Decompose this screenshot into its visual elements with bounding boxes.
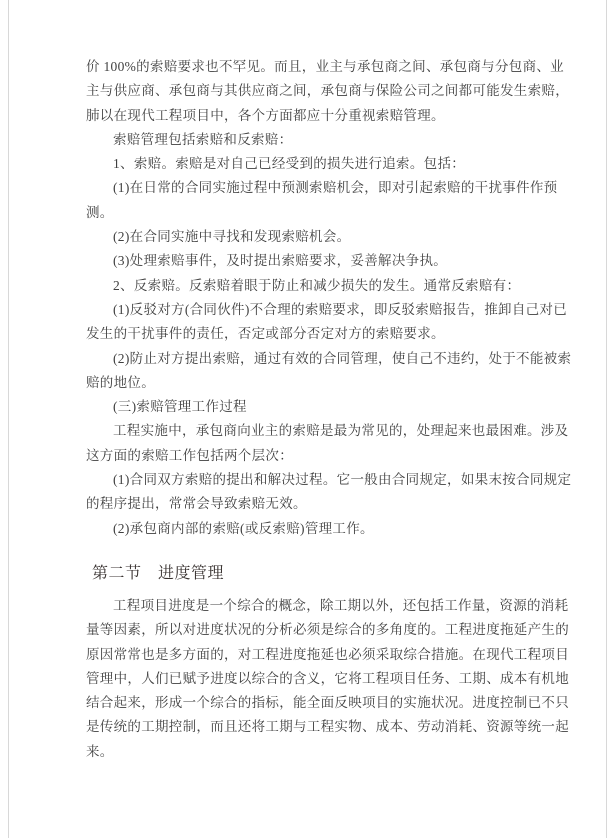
text-line: (三)索赔管理工作过程 (86, 395, 548, 419)
document-body: 价 100%的索赔要求也不罕见。而且，业主与承包商之间、承包商与分包商、业主与供… (86, 55, 548, 764)
text-line: 1、索赔。索赔是对自己已经受到的损失进行追索。包括： (86, 152, 548, 176)
text-line: 工程项目进度是一个综合的概念，除工期以外，还包括工作量，资源的消耗 (86, 594, 548, 618)
text-line: 来。 (86, 740, 548, 764)
text-line: 工程实施中，承包商向业主的索赔是最为常见的，处理起来也最困难。涉及 (86, 419, 548, 443)
text-line: 原因常常也是多方面的，对工程进度拖延也必须采取综合措施。在现代工程项目 (86, 643, 548, 667)
text-line: 量等因素，所以对进度状况的分析必须是综合的多角度的。工程进度拖延产生的 (86, 618, 548, 642)
text-line: 赔的地位。 (86, 371, 548, 395)
text-line: 管理中，人们已赋予进度以综合的含义，它将工程项目任务、工期、成本有机地 (86, 667, 548, 691)
text-line: 肺以在现代工程项目中，各个方面都应十分重视索赔管理。 (86, 104, 548, 128)
text-line: (1)在日常的合同实施过程中预测索赔机会，即对引起索赔的干扰事件作预 (86, 176, 548, 200)
text-line: (2)防止对方提出索赔，通过有效的合同管理，使自己不违约，处于不能被索 (86, 347, 548, 371)
text-line: (1)合同双方索赔的提出和解决过程。它一般由合同规定，如果末按合同规定 (86, 468, 548, 492)
section-heading: 第二节 进度管理 (92, 564, 548, 584)
text-line: (2)承包商内部的索赔(或反索赔)管理工作。 (86, 517, 548, 541)
text-line: 主与供应商、承包商与其供应商之间，承包商与保险公司之间都可能发生索赔， (86, 79, 548, 103)
text-line: 发生的干扰事件的责任，否定或部分否定对方的索赔要求。 (86, 322, 548, 346)
text-line: (3)处理索赔事件，及时提出索赔要求，妥善解决争执。 (86, 249, 548, 273)
text-line: 这方面的索赔工作包括两个层次： (86, 444, 548, 468)
text-line: 价 100%的索赔要求也不罕见。而且，业主与承包商之间、承包商与分包商、业 (86, 55, 548, 79)
text-line: (2)在合同实施中寻找和发现索赔机会。 (86, 225, 548, 249)
text-line: 的程序提出，常常会导致索赔无效。 (86, 492, 548, 516)
text-line: 2、反索赔。反索赔着眼于防止和减少损失的发生。通常反索赔有： (86, 274, 548, 298)
document-page: 价 100%的索赔要求也不罕见。而且，业主与承包商之间、承包商与分包商、业主与供… (8, 0, 607, 838)
text-line: 是传统的工期控制，而且还将工期与工程实物、成本、劳动消耗、资源等统一起 (86, 715, 548, 739)
text-line: (1)反驳对方(合同伙件)不合理的索赔要求，即反驳索赔报告，推卸自己对已 (86, 298, 548, 322)
text-line: 测。 (86, 201, 548, 225)
text-line: 索赔管理包括索赔和反索赔： (86, 128, 548, 152)
text-line: 结合起来，形成一个综合的指标，能全面反映项目的实施状况。进度控制已不只 (86, 691, 548, 715)
